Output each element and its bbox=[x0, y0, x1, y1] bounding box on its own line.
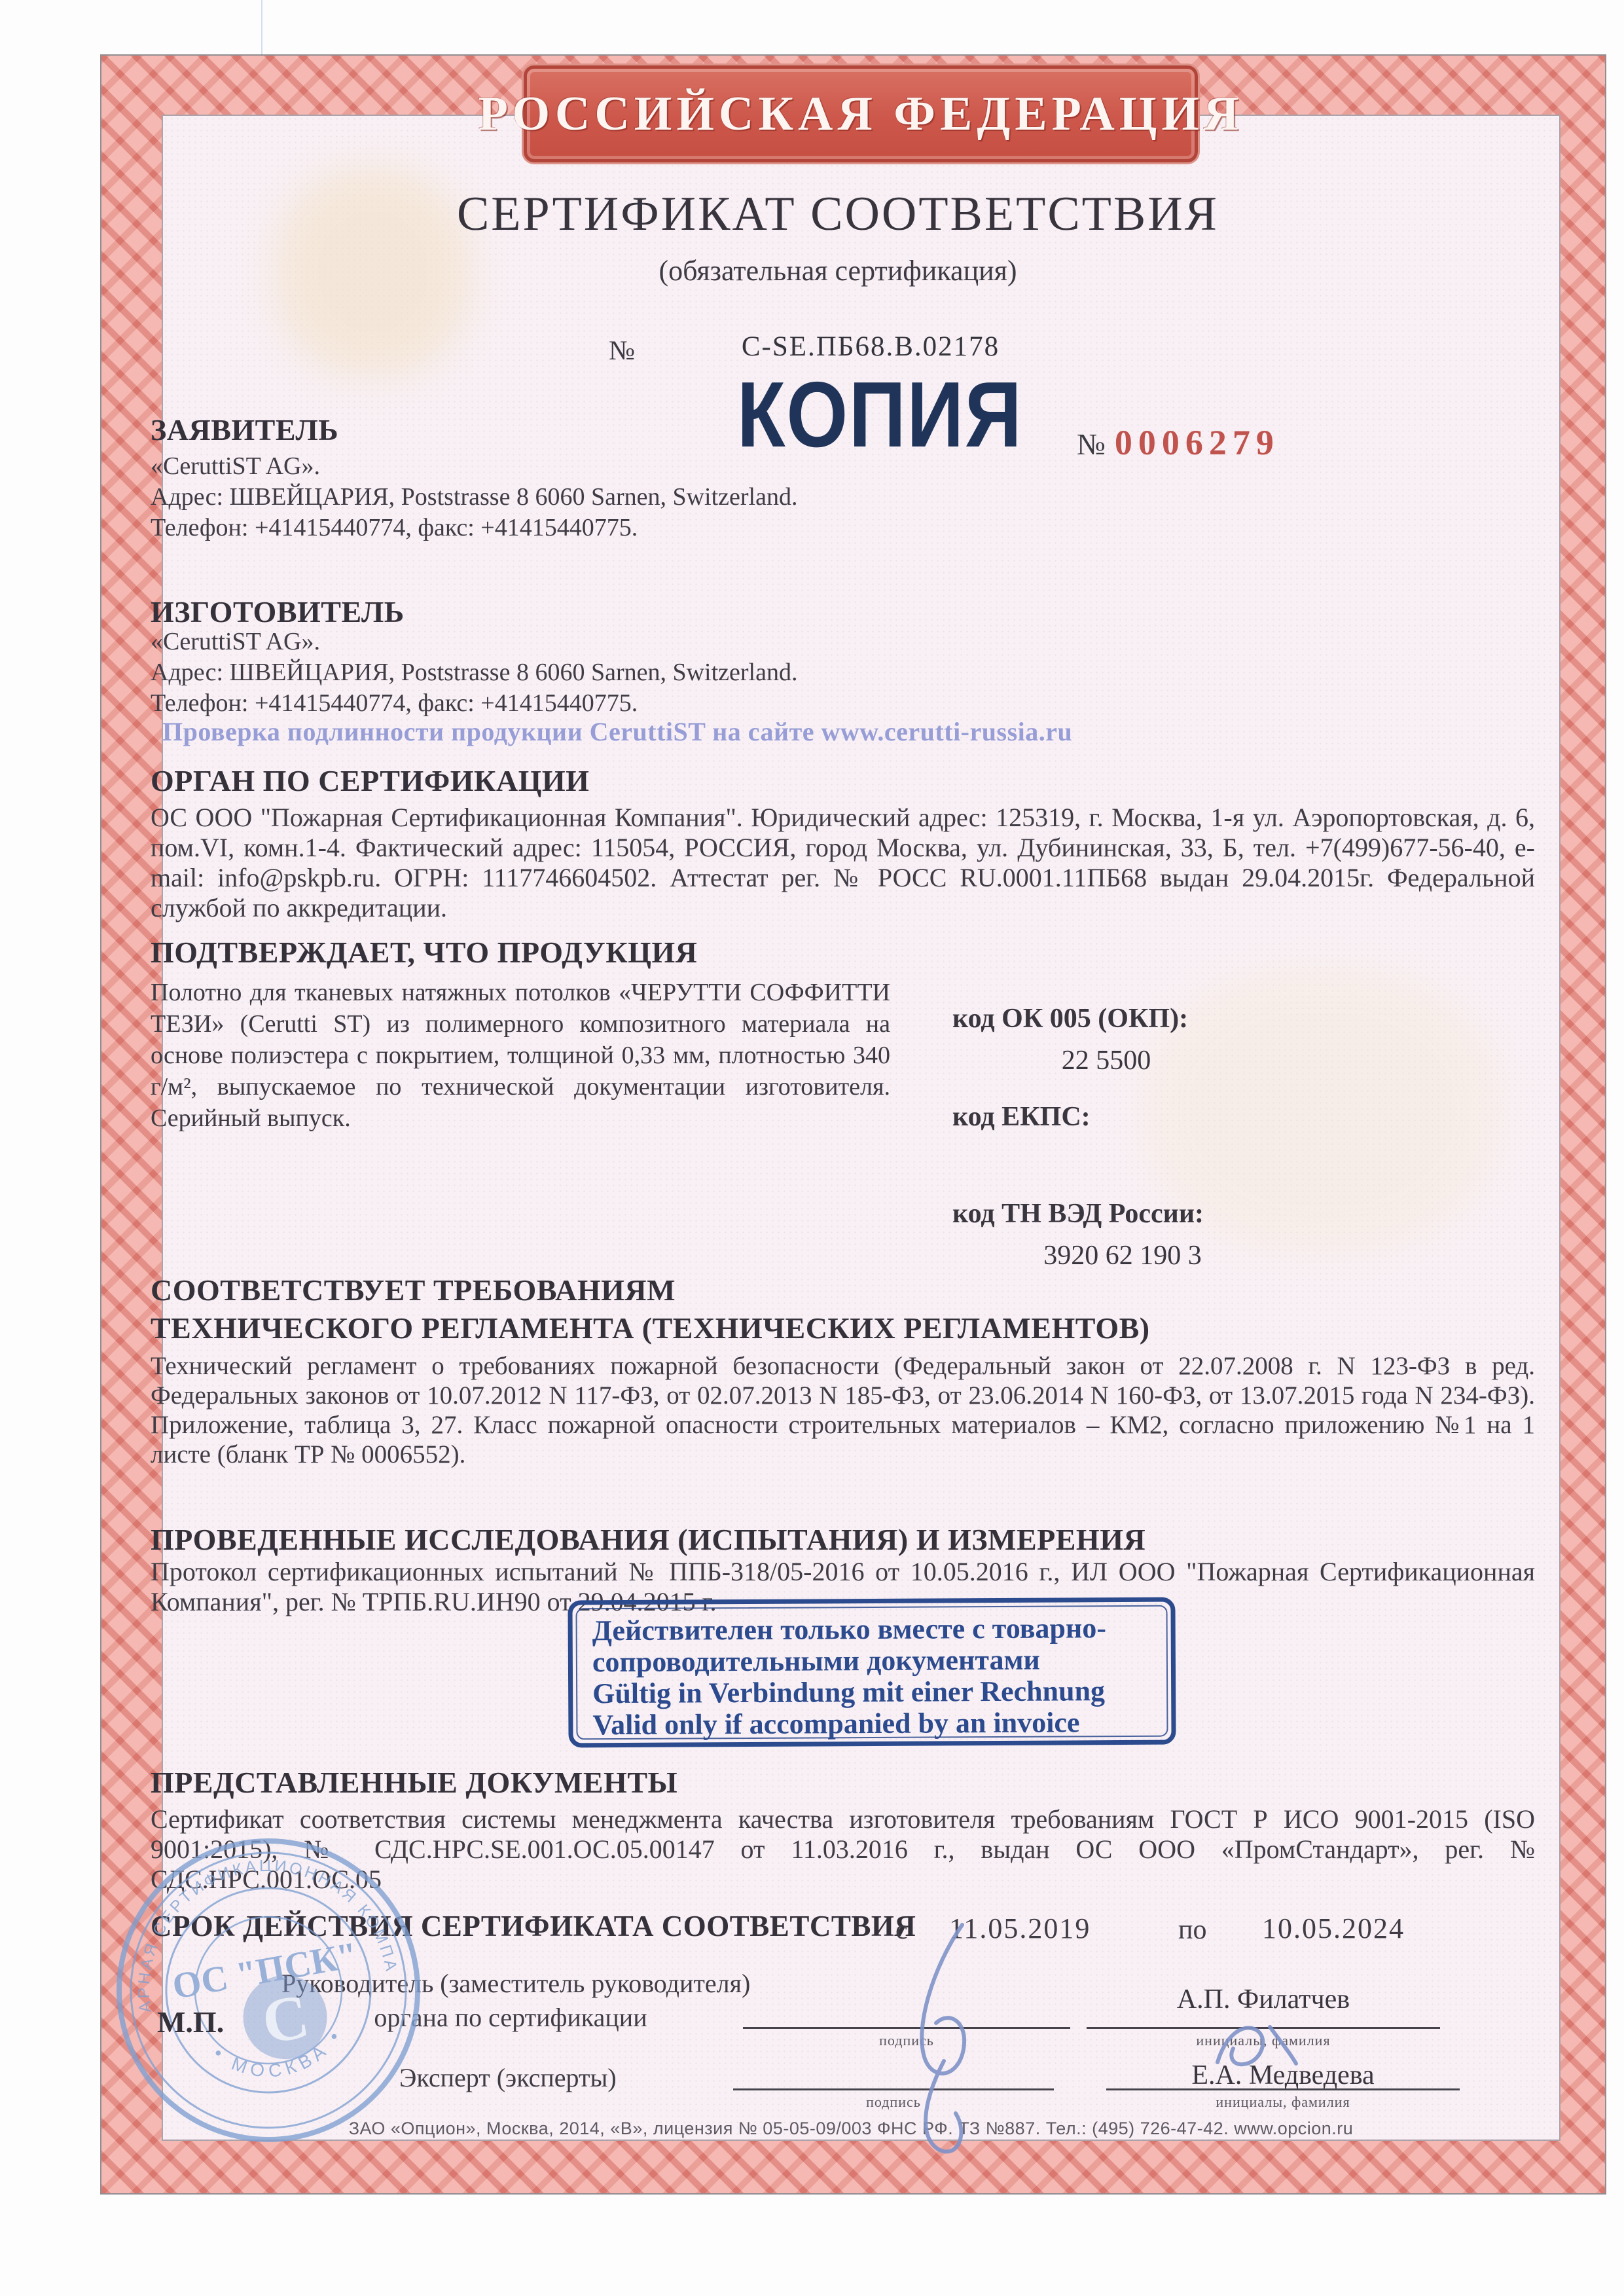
certificate-number: С-SE.ПБ68.В.02178 bbox=[668, 331, 1074, 363]
head-name: А.П. Филатчев bbox=[1087, 1984, 1440, 2015]
tnved-code-value: 3920 62 190 3 bbox=[952, 1240, 1293, 1271]
authenticity-note: Проверка подлинности продукции CeruttiST… bbox=[162, 716, 1072, 747]
documents-text: Сертификат соответствия системы менеджме… bbox=[151, 1804, 1535, 1895]
head-signature-line bbox=[743, 2027, 1070, 2029]
expert-name-label: инициалы, фамилия bbox=[1106, 2094, 1460, 2111]
cert-body-heading: ОРГАН ПО СЕРТИФИКАЦИИ bbox=[151, 763, 589, 798]
head-role-line1: Руководитель (заместитель руководителя) bbox=[281, 1968, 740, 1999]
validity-to-label: по bbox=[1178, 1914, 1206, 1946]
invoice-stamp-line: Valid only if accompanied by an invoice bbox=[592, 1707, 1154, 1741]
applicant-address: Адрес: ШВЕЙЦАРИЯ, Poststrasse 8 6060 Sar… bbox=[151, 483, 797, 511]
validity-from-label: с bbox=[895, 1914, 908, 1946]
federation-banner-text: РОССИЙСКАЯ ФЕДЕРАЦИЯ bbox=[478, 86, 1244, 142]
cert-body-text: ОС ООО "Пожарная Сертификационная Компан… bbox=[151, 803, 1535, 923]
certificate-title: СЕРТИФИКАТ СООТВЕТСТВИЯ bbox=[183, 187, 1492, 242]
compliance-heading-1: СООТВЕТСТВУЕТ ТРЕБОВАНИЯМ bbox=[151, 1273, 676, 1307]
applicant-heading: ЗАЯВИТЕЛЬ bbox=[151, 412, 338, 447]
expert-signature-line bbox=[733, 2088, 1054, 2090]
product-description: Полотно для тканевых натяжных потолков «… bbox=[151, 977, 890, 1134]
head-role-line2: органа по сертификации bbox=[281, 2002, 740, 2033]
applicant-name: «CeruttiST AG». bbox=[151, 452, 320, 481]
head-name-line bbox=[1087, 2027, 1440, 2029]
certificate-scan-page: РОССИЙСКАЯ ФЕДЕРАЦИЯ СЕРТИФИКАТ СООТВЕТС… bbox=[0, 0, 1624, 2296]
compliance-heading-2: ТЕХНИЧЕСКОГО РЕГЛАМЕНТА (ТЕХНИЧЕСКИХ РЕГ… bbox=[151, 1311, 1150, 1345]
manufacturer-heading: ИЗГОТОВИТЕЛЬ bbox=[151, 594, 405, 629]
manufacturer-phone: Телефон: +41415440774, факс: +4141544077… bbox=[151, 689, 638, 718]
manufacturer-address: Адрес: ШВЕЙЦАРИЯ, Poststrasse 8 6060 Sar… bbox=[151, 658, 797, 687]
validity-heading: СРОК ДЕЙСТВИЯ СЕРТИФИКАТА СООТВЕТСТВИЯ bbox=[151, 1909, 916, 1943]
certificate-subtitle: (обязательная сертификация) bbox=[183, 254, 1492, 287]
federation-banner: РОССИЙСКАЯ ФЕДЕРАЦИЯ bbox=[524, 65, 1198, 162]
invoice-stamp-line: Действителен только вместе с товарно- bbox=[592, 1613, 1154, 1647]
blank-serial-number: №0006279 bbox=[1077, 422, 1280, 463]
expert-name-line bbox=[1106, 2088, 1460, 2090]
manufacturer-name: «CeruttiST AG». bbox=[151, 627, 320, 656]
product-heading: ПОДТВЕРЖДАЕТ, ЧТО ПРОДУКЦИЯ bbox=[151, 935, 697, 970]
compliance-text: Технический регламент о требованиях пожа… bbox=[151, 1351, 1535, 1469]
printer-imprint: ЗАО «Опцион», Москва, 2014, «В», лицензи… bbox=[262, 2119, 1440, 2139]
validity-to-date: 10.05.2024 bbox=[1262, 1912, 1405, 1945]
invoice-stamp-box: Действителен только вместе с товарно- со… bbox=[568, 1597, 1176, 1748]
okp-code-value: 22 5500 bbox=[952, 1045, 1260, 1076]
ekps-code-label: код ЕКПС: bbox=[952, 1101, 1091, 1133]
applicant-phone: Телефон: +41415440774, факс: +4141544077… bbox=[151, 513, 638, 542]
expert-name: Е.А. Медведева bbox=[1106, 2060, 1460, 2091]
documents-heading: ПРЕДСТАВЛЕННЫЕ ДОКУМЕНТЫ bbox=[151, 1765, 677, 1800]
invoice-stamp-line: сопроводительными документами bbox=[592, 1644, 1154, 1678]
tests-heading: ПРОВЕДЕННЫЕ ИССЛЕДОВАНИЯ (ИСПЫТАНИЯ) И И… bbox=[151, 1522, 1146, 1557]
blank-number-digits: 0006279 bbox=[1115, 423, 1280, 462]
blank-number-sign: № bbox=[1077, 428, 1106, 461]
expert-signature-label: подпись bbox=[733, 2094, 1054, 2111]
okp-code-label: код ОК 005 (ОКП): bbox=[952, 1003, 1188, 1034]
expert-role: Эксперт (эксперты) bbox=[399, 2062, 617, 2093]
invoice-stamp-line: Gültig in Verbindung mit einer Rechnung bbox=[592, 1675, 1154, 1709]
tnved-code-label: код ТН ВЭД России: bbox=[952, 1198, 1204, 1230]
number-sign: № bbox=[609, 335, 635, 367]
validity-from-date: 11.05.2019 bbox=[949, 1912, 1091, 1945]
head-name-label: инициалы, фамилия bbox=[1087, 2032, 1440, 2049]
seal-place-label: М.П. bbox=[157, 2005, 224, 2039]
copy-stamp: КОПИЯ bbox=[737, 361, 1022, 469]
head-signature-label: подпись bbox=[743, 2032, 1070, 2049]
